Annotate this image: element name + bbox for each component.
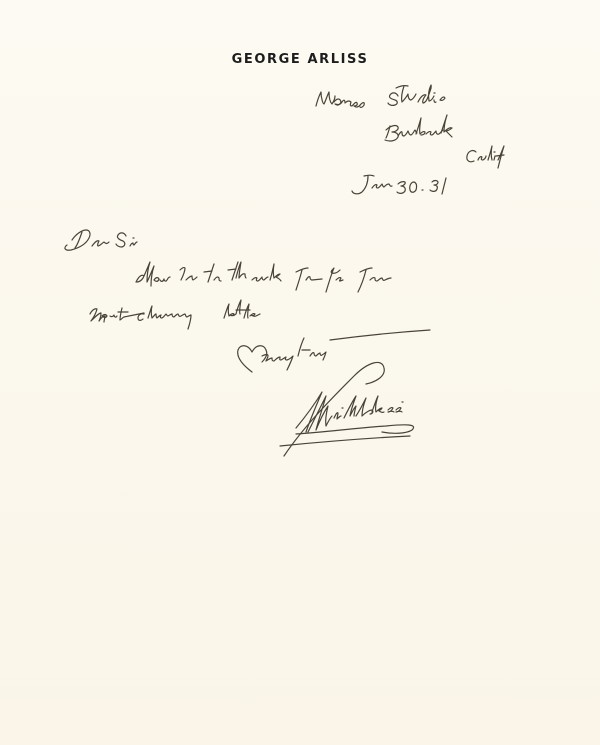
body-ink-line-1 [136,262,391,292]
letter-page: GEORGE ARLISS Warners Studio Burbank Cal… [0,0,600,745]
handwriting-ink [0,0,600,745]
salutation-ink [65,230,137,250]
body-ink-line-2 [90,300,260,329]
address-ink-line-3 [467,146,504,168]
address-ink-line-2 [385,115,452,141]
signature-ink [280,362,414,456]
closing-ink [238,330,430,372]
address-ink-line-1 [316,85,445,107]
date-ink [352,175,446,194]
